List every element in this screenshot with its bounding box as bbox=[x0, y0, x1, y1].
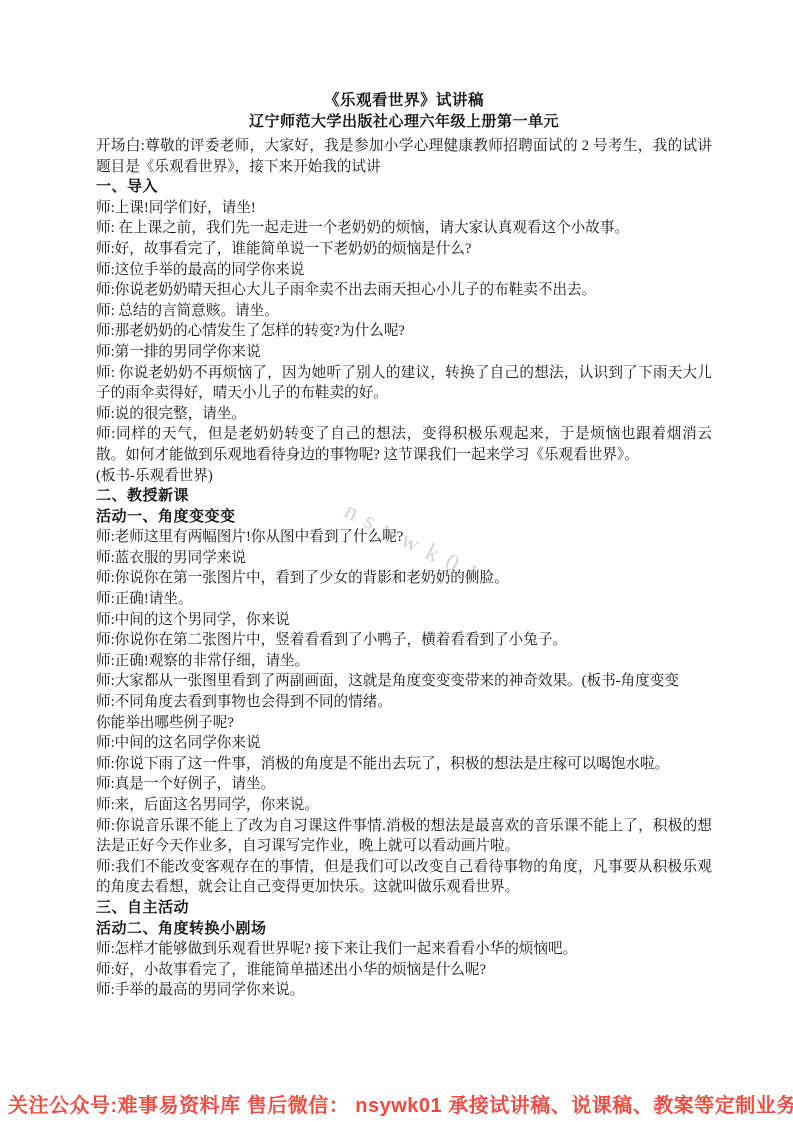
paragraph: 师:这位手举的最高的同学你来说 bbox=[96, 260, 712, 281]
paragraph: 师:正确!请坐。 bbox=[96, 589, 712, 610]
page: { "doc": { "title": "《乐观看世界》试讲稿", "subti… bbox=[0, 0, 793, 1122]
paragraph: 师:中间的这名同学你来说 bbox=[96, 733, 712, 754]
paragraph: 师:老师这里有两幅图片!你从图中看到了什么呢? bbox=[96, 527, 712, 548]
paragraph: 师:你说你在第二张图片中，竖着看看到了小鸭子，横着看看到了小兔子。 bbox=[96, 630, 712, 651]
doc-subtitle: 辽宁师范大学出版社心理六年级上册第一单元 bbox=[96, 111, 712, 132]
section-heading: 活动二、角度转换小剧场 bbox=[96, 919, 712, 940]
paragraph: 你能举出哪些例子呢? bbox=[96, 713, 712, 734]
paragraph: 师:怎样才能够做到乐观看世界呢? 接下来让我们一起来看看小华的烦恼吧。 bbox=[96, 939, 712, 960]
paragraph: 开场白:尊敬的评委老师，大家好，我是参加小学心理健康教师招聘面试的 2 号考生，… bbox=[96, 136, 712, 177]
paragraph: 师:第一排的男同学你来说 bbox=[96, 342, 712, 363]
paragraph: 师:中间的这个男同学，你来说 bbox=[96, 610, 712, 631]
paragraph: 师: 总结的言简意赅。请坐。 bbox=[96, 301, 712, 322]
paragraph: 师:你说你在第一张图片中，看到了少女的背影和老奶奶的侧脸。 bbox=[96, 568, 712, 589]
section-heading: 二、教授新课 bbox=[96, 486, 712, 507]
paragraph: 师:那老奶奶的心情发生了怎样的转变?为什么呢? bbox=[96, 321, 712, 342]
footer-text: 关注公众号:难事易资料库 售后微信： nsywk01 承接试讲稿、说课稿、教案等… bbox=[0, 1089, 793, 1118]
paragraph: 师:同样的天气，但是老奶奶转变了自己的想法，变得积极乐观起来，于是烦恼也跟着烟消… bbox=[96, 424, 712, 465]
paragraph: 师:蓝衣服的男同学来说 bbox=[96, 548, 712, 569]
section-heading: 三、自主活动 bbox=[96, 898, 712, 919]
paragraph: 师:真是一个好例子，请坐。 bbox=[96, 774, 712, 795]
paragraph: 师:说的很完整，请坐。 bbox=[96, 404, 712, 425]
paragraph: 师:你说老奶奶晴天担心大儿子雨伞卖不出去雨天担心小儿子的布鞋卖不出去。 bbox=[96, 280, 712, 301]
paragraph: 师:手举的最高的男同学你来说。 bbox=[96, 980, 712, 1001]
document-body: 开场白:尊敬的评委老师，大家好，我是参加小学心理健康教师招聘面试的 2 号考生，… bbox=[96, 136, 712, 1001]
paragraph: 师: 在上课之前，我们先一起走进一个老奶奶的烦恼，请大家认真观看这个小故事。 bbox=[96, 218, 712, 239]
paragraph: 师:上课!同学们好，请坐! bbox=[96, 198, 712, 219]
paragraph: 师:大家都从一张图里看到了两副画面，这就是角度变变变带来的神奇效果。(板书-角度… bbox=[96, 671, 712, 692]
footer-banner: 关注公众号:难事易资料库 售后微信： nsywk01 承接试讲稿、说课稿、教案等… bbox=[0, 1085, 793, 1122]
document: 《乐观看世界》试讲稿 辽宁师范大学出版社心理六年级上册第一单元 开场白:尊敬的评… bbox=[96, 90, 712, 1001]
paragraph: 师:我们不能改变客观存在的事情，但是我们可以改变自己看待事物的角度，凡事要从积极… bbox=[96, 857, 712, 898]
section-heading: 一、导入 bbox=[96, 177, 712, 198]
paragraph: (板书-乐观看世界) bbox=[96, 466, 712, 487]
paragraph: 师:正确!观察的非常仔细，请坐。 bbox=[96, 651, 712, 672]
paragraph: 师:你说音乐课不能上了改为自习课这件事情.消极的想法是最喜欢的音乐课不能上了，积… bbox=[96, 816, 712, 857]
section-heading: 活动一、角度变变变 bbox=[96, 507, 712, 528]
paragraph: 师:不同角度去看到事物也会得到不同的情绪。 bbox=[96, 692, 712, 713]
doc-title: 《乐观看世界》试讲稿 bbox=[96, 90, 712, 111]
paragraph: 师:来，后面这名男同学，你来说。 bbox=[96, 795, 712, 816]
paragraph: 师:好，小故事看完了，谁能简单描述出小华的烦恼是什么呢? bbox=[96, 960, 712, 981]
paragraph: 师: 你说老奶奶不再烦恼了，因为她听了别人的建议，转换了自己的想法，认识到了下雨… bbox=[96, 363, 712, 404]
paragraph: 师:好，故事看完了，谁能简单说一下老奶奶的烦恼是什么? bbox=[96, 239, 712, 260]
paragraph: 师:你说下雨了这一件事，消极的角度是不能出去玩了，积极的想法是庄稼可以喝饱水啦。 bbox=[96, 754, 712, 775]
